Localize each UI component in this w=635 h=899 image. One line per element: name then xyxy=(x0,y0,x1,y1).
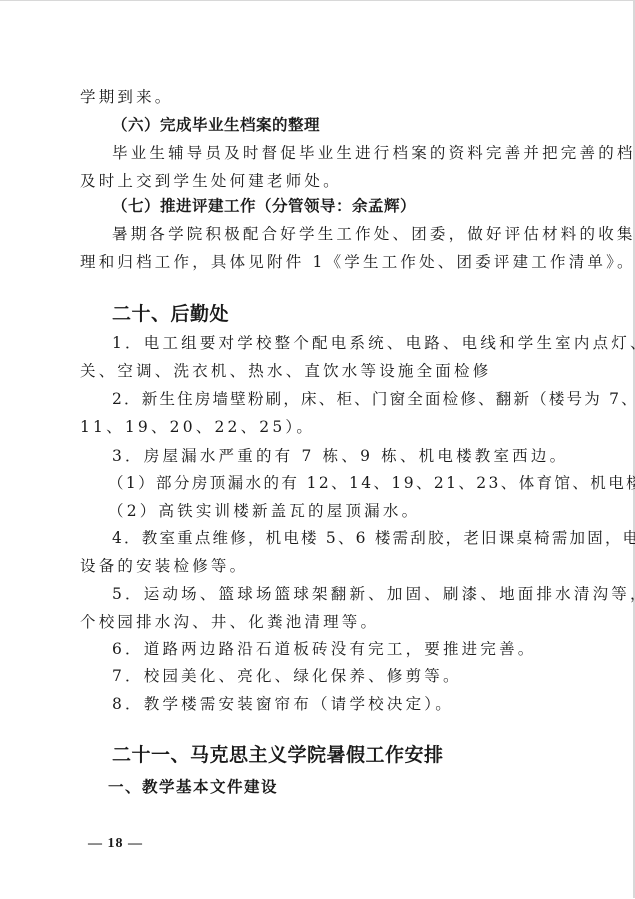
subsection-heading-6: （六）完成毕业生档案的整理 xyxy=(112,115,556,135)
list-item-line: 8．教学楼需安装窗帘布（请学校决定）。 xyxy=(112,694,556,714)
paragraph-line: 学期到来。 xyxy=(80,87,556,107)
list-subitem-line: （2）高铁实训楼新盖瓦的屋顶漏水。 xyxy=(108,501,552,521)
page-number: — 18 — xyxy=(88,836,143,852)
list-item-line: 2．新生住房墙壁粉刷，床、柜、门窗全面检修、翻新（楼号为 7、8、 xyxy=(112,389,556,409)
document-page: 学期到来。 （六）完成毕业生档案的整理 毕业生辅导员及时督促毕业生进行档案的资料… xyxy=(0,0,635,898)
list-item-line: 4．教室重点维修，机电楼 5、6 楼需刮胶，老旧课桌椅需加固，电器 xyxy=(112,528,556,548)
list-item-line: 3．房屋漏水严重的有 7 栋、9 栋、机电楼教室西边。 xyxy=(112,446,556,466)
list-item-line: 关、空调、洗衣机、热水、直饮水等设施全面检修 xyxy=(80,361,556,381)
paragraph-line: 暑期各学院积极配合好学生工作处、团委，做好评估材料的收集、整 xyxy=(112,224,556,244)
list-item-line: 11、19、20、22、25）。 xyxy=(80,417,556,437)
list-item-line: 个校园排水沟、井、化粪池清理等。 xyxy=(80,612,556,632)
list-item-line: 5．运动场、篮球场篮球架翻新、加固、刷漆、地面排水清沟等，整 xyxy=(112,584,556,604)
list-subitem-line: （1）部分房顶漏水的有 12、14、19、21、23、体育馆、机电楼 xyxy=(108,473,552,493)
subsection-heading-7: （七）推进评建工作（分管领导：余孟辉） xyxy=(112,196,556,216)
list-item-line: 7．校园美化、亮化、绿化保养、修剪等。 xyxy=(112,666,556,686)
section-heading-21: 二十一、马克思主义学院暑假工作安排 xyxy=(112,740,444,767)
list-item-line: 6．道路两边路沿石道板砖没有完工，要推进完善。 xyxy=(112,639,556,659)
paragraph-line: 及时上交到学生处何建老师处。 xyxy=(80,171,556,191)
section-heading-20: 二十、后勤处 xyxy=(112,299,229,326)
paragraph-line: 毕业生辅导员及时督促毕业生进行档案的资料完善并把完善的档案 xyxy=(112,143,556,163)
paragraph-line: 理和归档工作，具体见附件 1《学生工作处、团委评建工作清单》。 xyxy=(80,252,556,272)
list-item-line: 设备的安装检修等。 xyxy=(80,556,556,576)
list-item-line: 1．电工组要对学校整个配电系统、电路、电线和学生室内点灯、开 xyxy=(112,333,556,353)
subsection-heading: 一、教学基本文件建设 xyxy=(108,775,278,797)
